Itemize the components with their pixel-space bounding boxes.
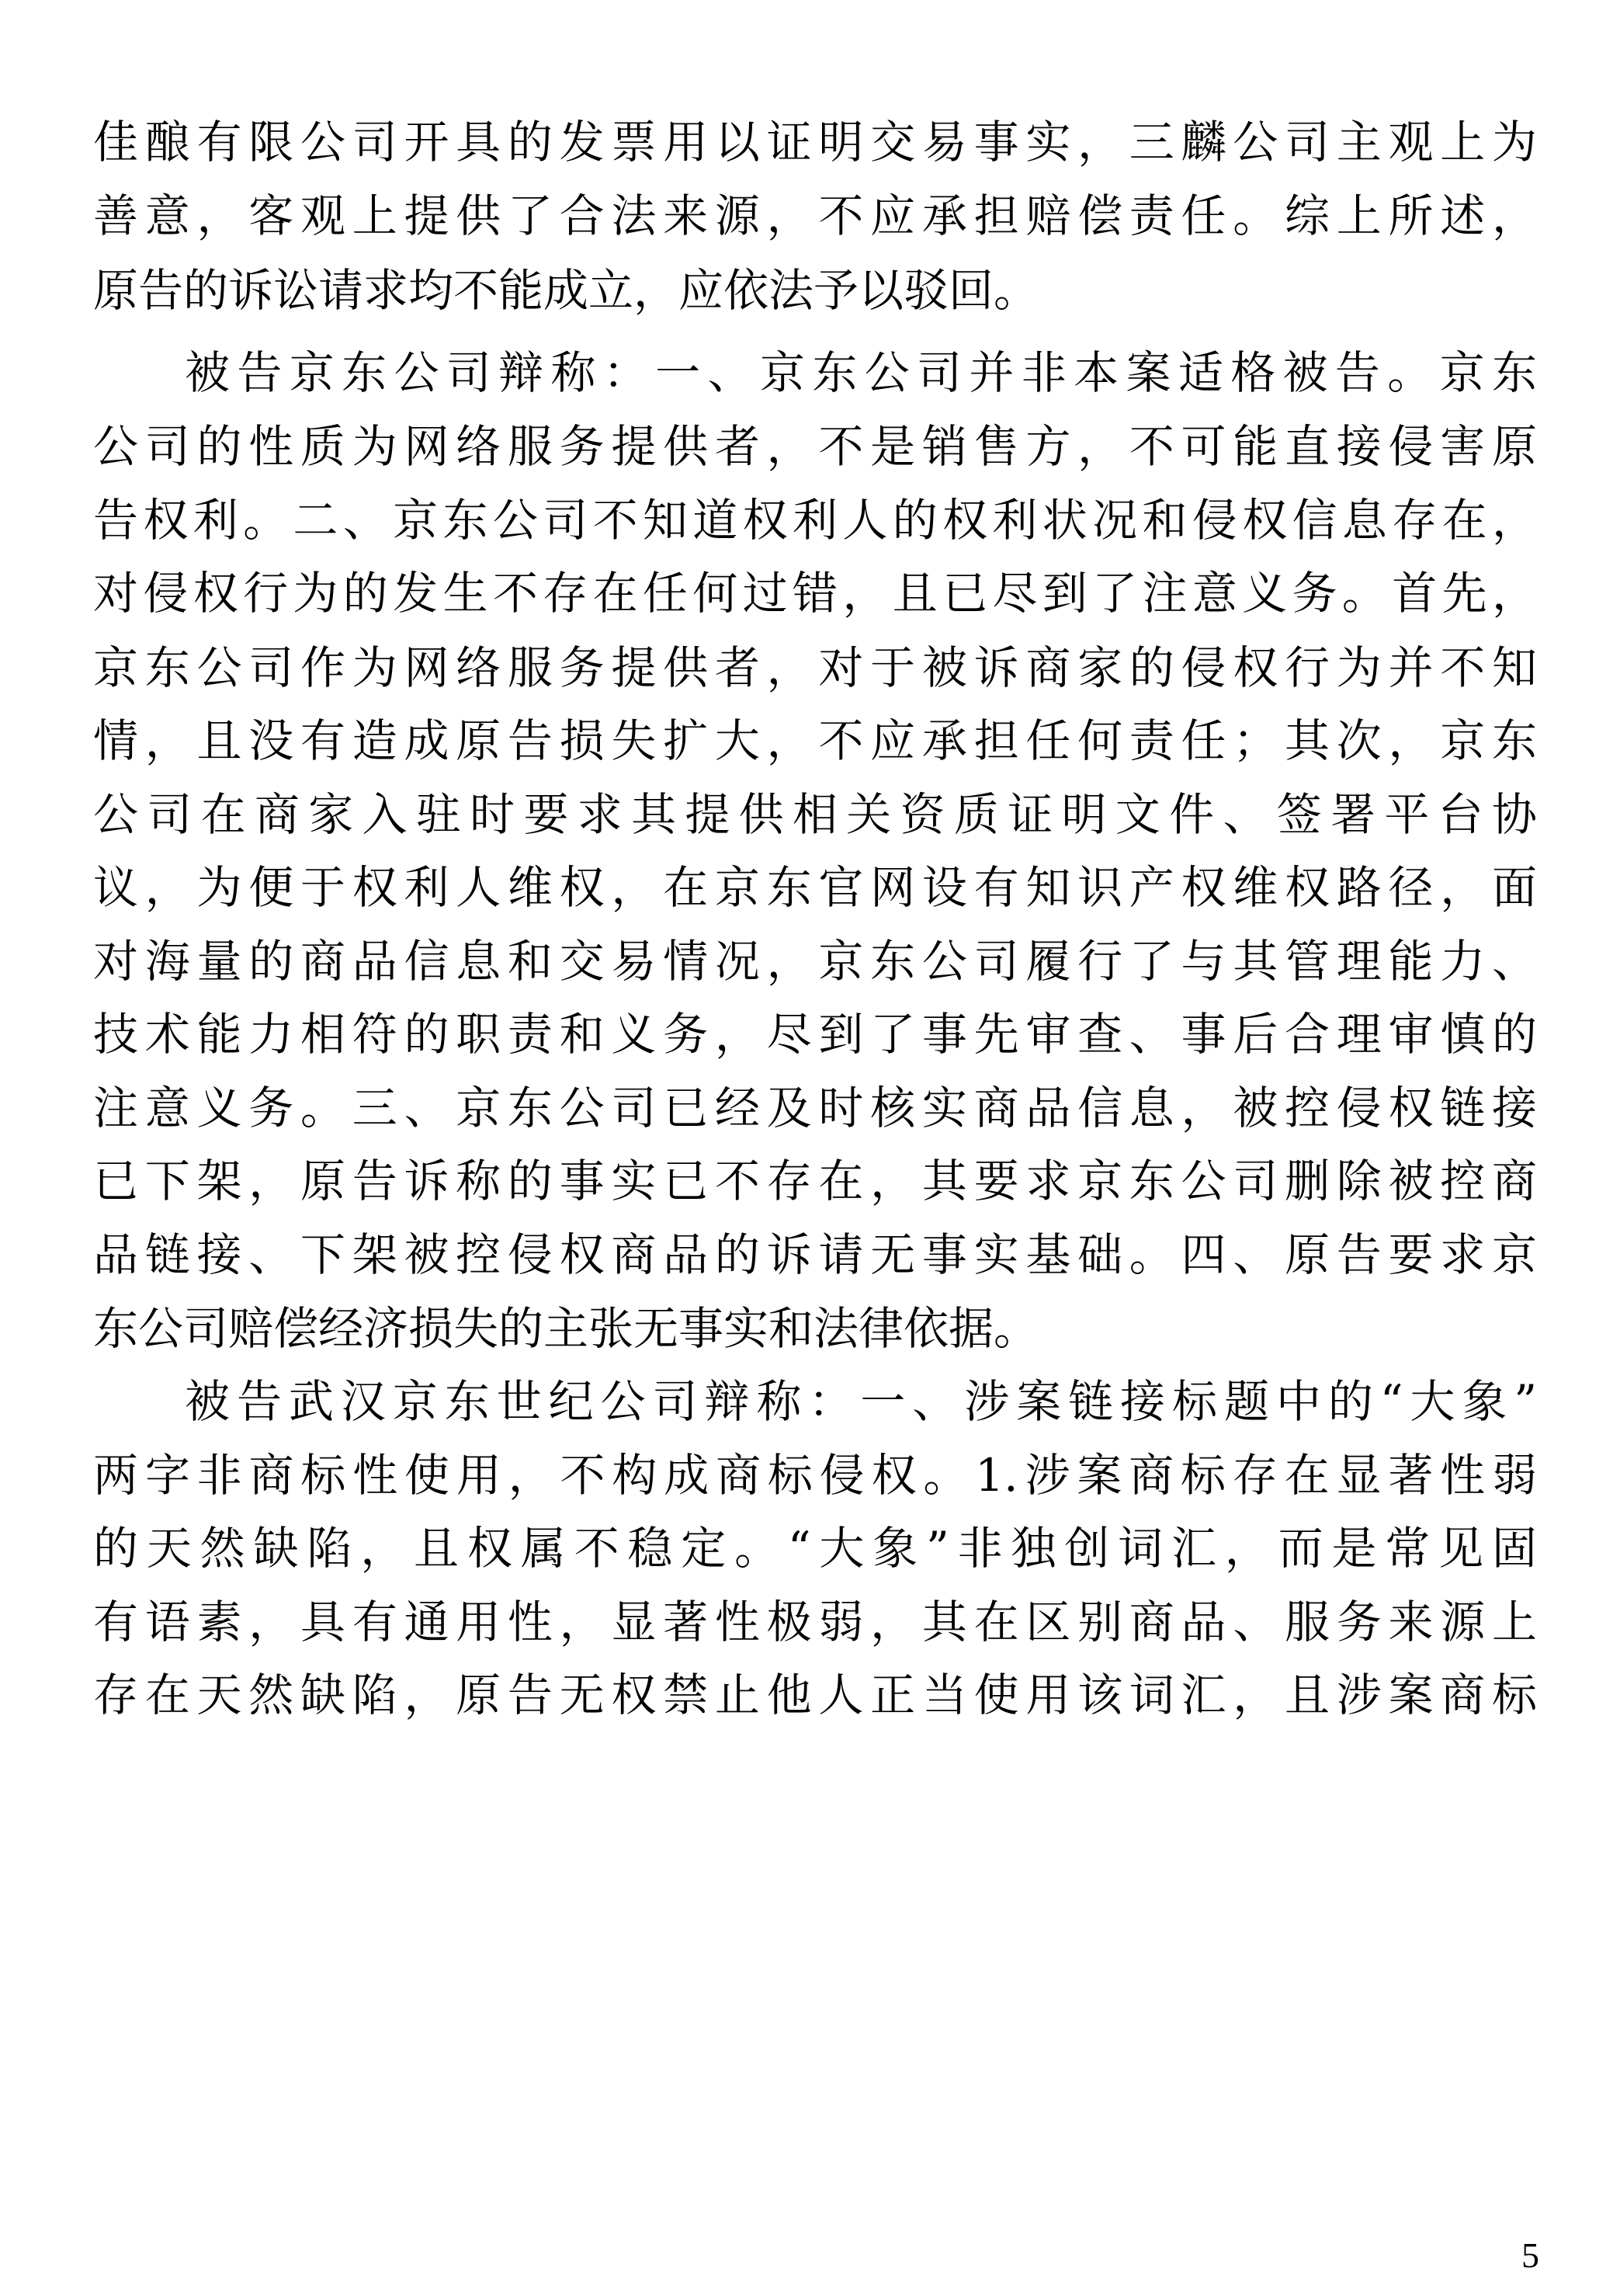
text-line: 议，为便于权利人维权，在京东官网设有知识产权维权路径，面 <box>93 856 1537 919</box>
text-line: 公司在商家入驻时要求其提供相关资质证明文件、签署平台协 <box>93 783 1537 846</box>
text-line: 善意，客观上提供了合法来源，不应承担赔偿责任。综上所述， <box>93 185 1537 247</box>
text-line: 对海量的商品信息和交易情况，京东公司履行了与其管理能力、 <box>93 930 1537 992</box>
document-page: 佳酿有限公司开具的发票用以证明交易事实，三麟公司主观上为 善意，客观上提供了合法… <box>0 0 1620 2296</box>
text-line: 有语素，具有通用性，显著性极弱，其在区别商品、服务来源上 <box>93 1591 1537 1653</box>
text-line: 京东公司作为网络服务提供者，对于被诉商家的侵权行为并不知 <box>93 637 1537 699</box>
text-line: 存在天然缺陷，原告无权禁止他人正当使用该词汇，且涉案商标 <box>93 1664 1537 1726</box>
text-line: 的天然缺陷，且权属不稳定。“大象”非独创词汇，而是常见固 <box>93 1517 1537 1579</box>
text-line: 公司的性质为网络服务提供者，不是销售方，不可能直接侵害原 <box>93 415 1537 478</box>
text-line: 品链接、下架被控侵权商品的诉请无事实基础。四、原告要求京 <box>93 1224 1537 1286</box>
text-line: 已下架，原告诉称的事实已不存在，其要求京东公司删除被控商 <box>93 1150 1537 1212</box>
text-line: 原告的诉讼请求均不能成立，应依法予以驳回。 <box>93 259 1537 321</box>
text-line: 被告京东公司辩称：一、京东公司并非本案适格被告。京东 <box>185 342 1537 404</box>
text-line: 注意义务。三、京东公司已经及时核实商品信息，被控侵权链接 <box>93 1077 1537 1139</box>
text-line: 技术能力相符的职责和义务，尽到了事先审查、事后合理审慎的 <box>93 1003 1537 1065</box>
text-line: 佳酿有限公司开具的发票用以证明交易事实，三麟公司主观上为 <box>93 111 1537 173</box>
page-number: 5 <box>1521 2235 1539 2276</box>
text-line: 情，且没有造成原告损失扩大，不应承担任何责任；其次，京东 <box>93 710 1537 772</box>
text-line: 东公司赔偿经济损失的主张无事实和法律依据。 <box>93 1297 1537 1360</box>
text-line: 对侵权行为的发生不存在任何过错，且已尽到了注意义务。首先， <box>93 562 1537 624</box>
text-line: 两字非商标性使用，不构成商标侵权。1.涉案商标存在显著性弱 <box>93 1444 1537 1506</box>
text-line: 告权利。二、京东公司不知道权利人的权利状况和侵权信息存在， <box>93 489 1537 551</box>
text-line: 被告武汉京东世纪公司辩称：一、涉案链接标题中的“大象” <box>185 1370 1537 1433</box>
